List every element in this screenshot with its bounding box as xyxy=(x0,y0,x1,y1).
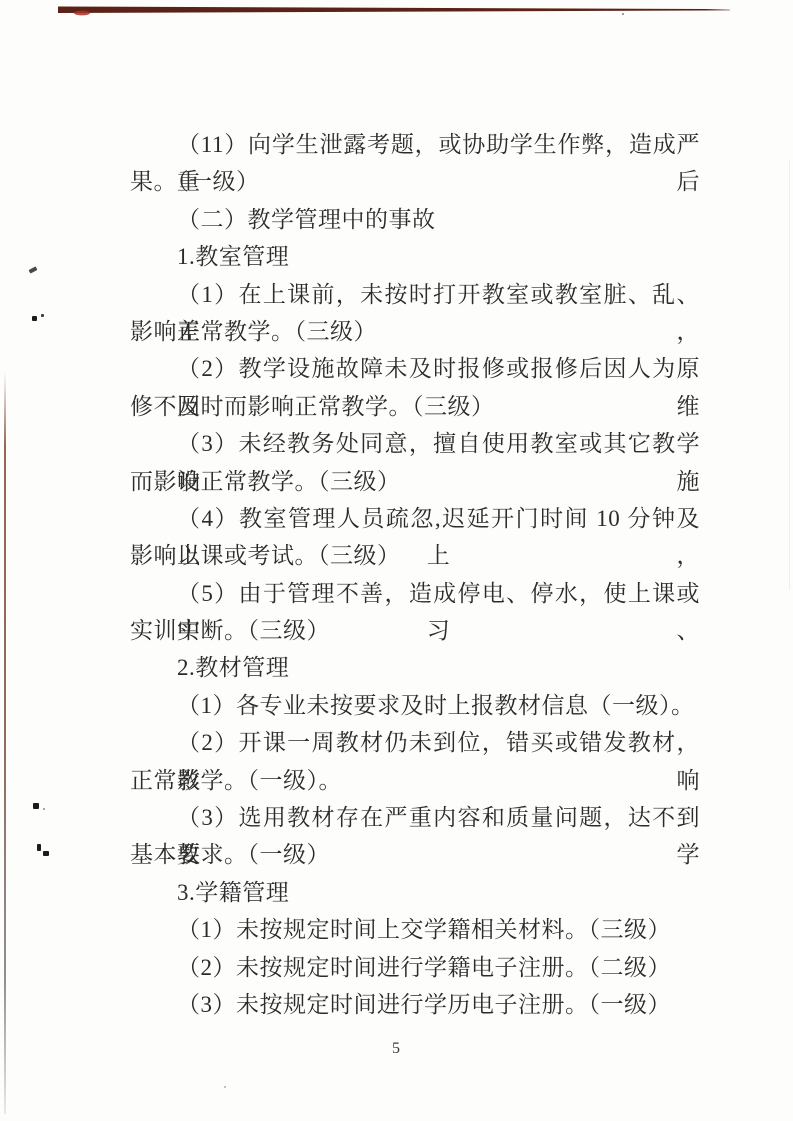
text-line: （3）未按规定时间进行学历电子注册。（一级） xyxy=(130,986,700,1023)
ink-speck xyxy=(43,808,45,810)
ink-speck xyxy=(43,851,49,856)
scanned-document-page: （11）向学生泄露考题，或协助学生作弊，造成严重后果。（一级）（二）教学管理中的… xyxy=(0,0,793,1121)
text-line: （5）由于管理不善，造成停电、停水，使上课或实习、 xyxy=(130,575,700,612)
text-line: （3）选用教材存在严重内容和质量问题，达不到教学 xyxy=(130,799,700,836)
text-line: 3.学籍管理 xyxy=(130,874,700,911)
ink-speck xyxy=(32,316,37,321)
ink-speck xyxy=(37,844,41,851)
scan-artifact-right-line xyxy=(789,160,790,590)
page-number: 5 xyxy=(0,1040,793,1058)
ink-speck xyxy=(29,266,38,273)
scan-artifact-left-line xyxy=(4,372,6,1114)
text-line: 2.教材管理 xyxy=(130,649,700,686)
ink-speck xyxy=(33,803,39,809)
ink-speck xyxy=(41,314,44,317)
text-line: （11）向学生泄露考题，或协助学生作弊，造成严重后 xyxy=(130,126,700,163)
text-line: （1）未按规定时间上交学籍相关材料。（三级） xyxy=(130,911,700,948)
top-line-shape xyxy=(58,7,730,14)
text-line: 1.教室管理 xyxy=(130,238,700,275)
text-line: （2）开课一周教材仍未到位，错买或错发教材，影响 xyxy=(130,724,700,761)
text-line: （1）各专业未按要求及时上报教材信息（一级）。 xyxy=(130,687,700,724)
ink-speck xyxy=(622,13,624,15)
top-line-blob xyxy=(74,11,90,16)
text-line: （1）在上课前，未按时打开教室或教室脏、乱、差， xyxy=(130,276,700,313)
text-line: （二）教学管理中的事故 xyxy=(130,201,700,238)
text-line: （3）未经教务处同意，擅自使用教室或其它教学设施 xyxy=(130,425,700,462)
text-line: （2）教学设施故障未及时报修或报修后因人为原因维 xyxy=(130,350,700,387)
scan-artifact-top-line xyxy=(0,0,793,24)
text-line: （4）教室管理人员疏忽,迟延开门时间 10 分钟及以上， xyxy=(130,500,700,537)
text-line: （2）未按规定时间进行学籍电子注册。（二级） xyxy=(130,949,700,986)
ink-speck xyxy=(224,1086,226,1088)
document-text-block: （11）向学生泄露考题，或协助学生作弊，造成严重后果。（一级）（二）教学管理中的… xyxy=(130,126,700,1023)
